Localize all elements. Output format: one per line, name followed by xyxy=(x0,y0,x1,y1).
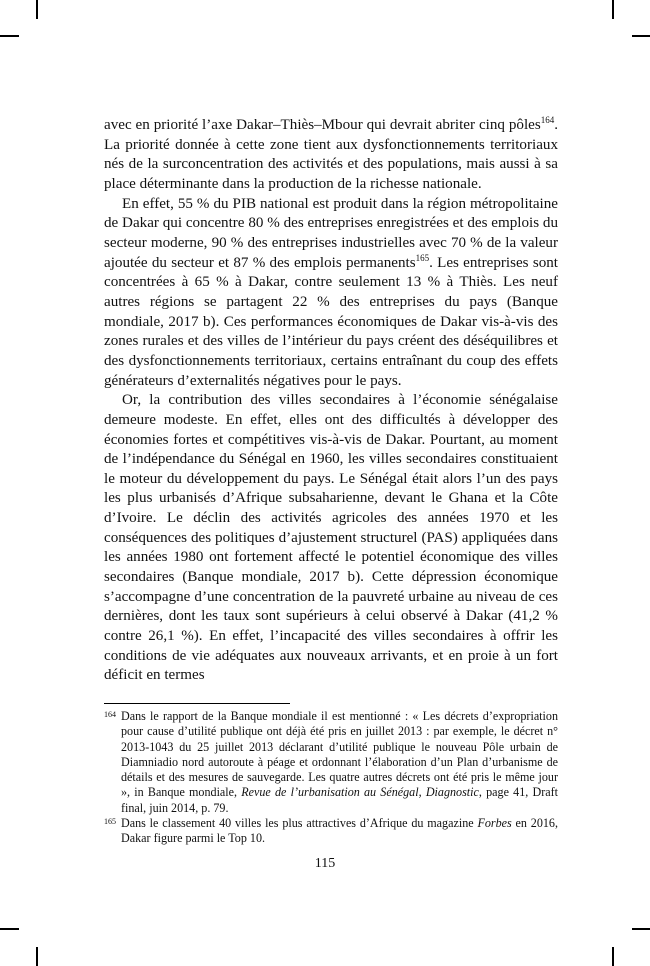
footnote-reference: 165 xyxy=(416,253,430,263)
footnote-reference: 164 xyxy=(541,115,555,125)
crop-mark-top-right-vertical xyxy=(612,0,614,19)
crop-mark-top-left-vertical xyxy=(36,0,38,19)
footnote-number: 165 xyxy=(104,816,116,828)
crop-mark-top-left-horizontal xyxy=(0,35,19,37)
footnote-number: 164 xyxy=(104,709,116,721)
footnote-text: Dans le classement 40 villes les plus at… xyxy=(121,816,558,845)
footnotes: 164 Dans le rapport de la Banque mondial… xyxy=(104,709,558,847)
footnote-165: 165 Dans le classement 40 villes les plu… xyxy=(104,816,558,847)
italic-title: Forbes xyxy=(477,816,511,830)
footnote-text: Dans le rapport de la Banque mondiale il… xyxy=(121,709,558,815)
page-number: 115 xyxy=(0,856,650,872)
body-text: avec en priorité l’axe Dakar–Thiès–Mbour… xyxy=(104,116,558,686)
paragraph-3: Or, la contribution des villes secondair… xyxy=(104,391,558,686)
crop-mark-top-right-horizontal xyxy=(632,35,650,37)
paragraph-1: avec en priorité l’axe Dakar–Thiès–Mbour… xyxy=(104,116,558,195)
italic-title: Revue de l’urbanisation au Sénégal, Diag… xyxy=(241,785,479,799)
paragraph-2: En effet, 55 % du PIB national est produ… xyxy=(104,195,558,392)
footnote-separator xyxy=(104,703,290,704)
footnote-164: 164 Dans le rapport de la Banque mondial… xyxy=(104,709,558,816)
crop-mark-bottom-left-vertical xyxy=(36,947,38,966)
crop-mark-bottom-right-vertical xyxy=(612,947,614,966)
crop-mark-bottom-left-horizontal xyxy=(0,928,19,930)
crop-mark-bottom-right-horizontal xyxy=(632,928,650,930)
